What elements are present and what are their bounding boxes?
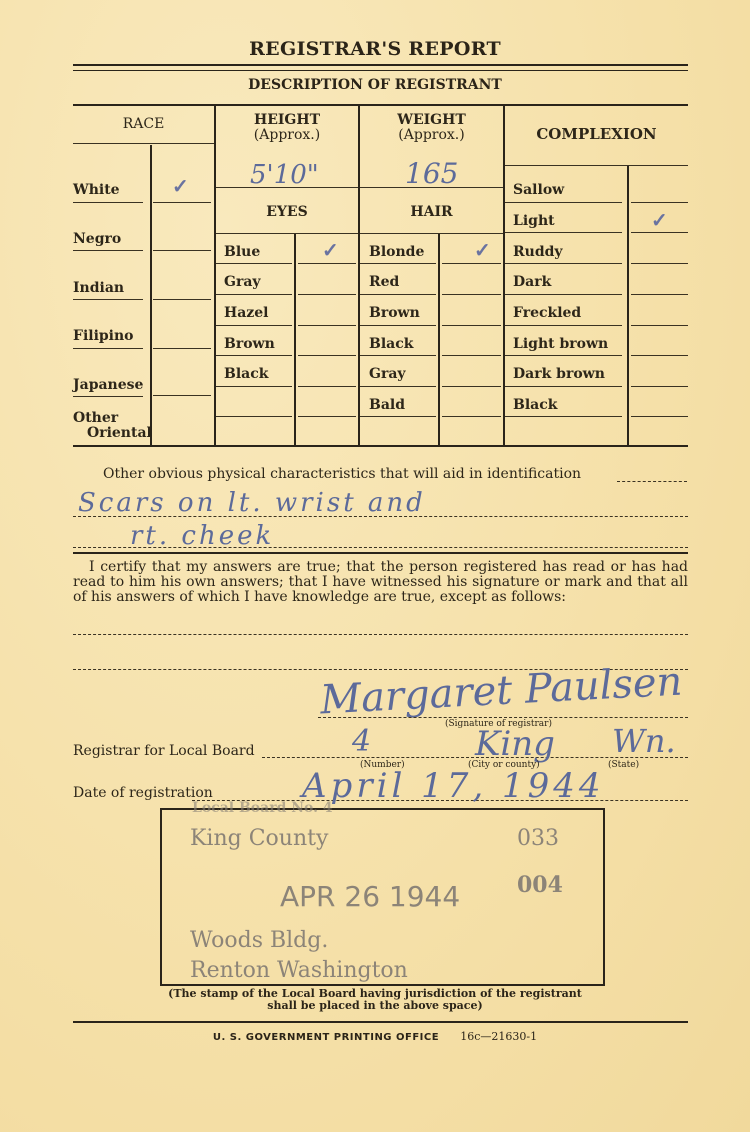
race-other-line2: Oriental <box>73 426 152 441</box>
table-bottom-border <box>73 445 688 447</box>
stamp-county: King County <box>190 826 328 851</box>
complexion-sallow-checkbox[interactable] <box>631 172 686 200</box>
eyes-black-label: Black <box>224 366 268 382</box>
complexion-sallow-label: Sallow <box>513 182 564 198</box>
row-line <box>73 202 143 203</box>
row-line <box>442 263 501 264</box>
complexion-freckled-label: Freckled <box>513 305 581 321</box>
row-line <box>442 325 501 326</box>
row-line <box>73 299 143 300</box>
local-board-number[interactable]: 4 <box>352 724 371 759</box>
dotted-line <box>617 481 687 482</box>
hair-header: HAIR <box>360 204 503 220</box>
complexion-dark-checkbox[interactable] <box>631 266 686 292</box>
hair-bald-label: Bald <box>369 397 405 413</box>
complexion-light-checkbox[interactable]: ✓ <box>651 208 668 232</box>
eyes-gray-checkbox[interactable] <box>298 266 356 292</box>
hair-black-label: Black <box>369 336 413 352</box>
row-line <box>298 355 356 356</box>
footer-divider <box>73 1021 688 1023</box>
row-line <box>216 233 358 234</box>
race-indian-label: Indian <box>73 280 124 296</box>
row-line <box>216 294 292 295</box>
hair-red-label: Red <box>369 274 399 290</box>
row-line <box>631 202 688 203</box>
race-indian-checkbox[interactable] <box>153 275 211 299</box>
stamp-board-number: Local Board No. 4 <box>192 800 333 816</box>
page-title: REGISTRAR'S REPORT <box>0 38 750 60</box>
hair-gray-label: Gray <box>369 366 406 382</box>
row-line <box>360 263 436 264</box>
title-divider-thin <box>73 70 688 71</box>
hair-blonde-checkbox[interactable]: ✓ <box>474 238 491 262</box>
row-line <box>73 143 214 144</box>
dotted-line <box>73 516 688 517</box>
row-line <box>298 416 356 417</box>
table-divider <box>438 234 440 446</box>
characteristics-label: Other obvious physical characteristics t… <box>103 467 581 482</box>
weight-subheader: (Approx.) <box>360 127 503 143</box>
race-filipino-label: Filipino <box>73 328 134 344</box>
row-line <box>631 355 688 356</box>
height-header: HEIGHT <box>216 112 358 128</box>
table-divider <box>214 105 216 446</box>
complexion-ruddy-checkbox[interactable] <box>631 236 686 262</box>
hair-black-checkbox[interactable] <box>442 328 501 354</box>
table-divider <box>150 145 152 446</box>
hair-bald-checkbox[interactable] <box>442 389 501 415</box>
row-line <box>73 250 143 251</box>
table-divider <box>358 105 360 446</box>
row-line <box>360 233 503 234</box>
stamp-caption: (The stamp of the Local Board having jur… <box>0 988 750 1012</box>
state-caption: (State) <box>608 760 639 770</box>
stamp-address1: Woods Bldg. <box>190 928 328 953</box>
row-line <box>505 416 622 417</box>
row-line <box>216 416 292 417</box>
row-line <box>153 250 211 251</box>
race-other-line1: Other <box>73 411 152 426</box>
registration-date[interactable]: April 17, 1944 <box>302 766 605 806</box>
row-line <box>360 294 436 295</box>
row-line <box>505 294 622 295</box>
row-line <box>631 263 688 264</box>
row-line <box>360 187 503 188</box>
row-line <box>298 325 356 326</box>
complexion-dark-brown-checkbox[interactable] <box>631 358 686 384</box>
table-divider <box>503 105 505 446</box>
row-line <box>442 386 501 387</box>
printer-label: U. S. GOVERNMENT PRINTING OFFICE <box>213 1032 439 1043</box>
eyes-black-checkbox[interactable] <box>298 358 356 384</box>
section-divider <box>73 552 688 554</box>
height-subheader: (Approx.) <box>216 127 358 143</box>
race-negro-label: Negro <box>73 231 121 247</box>
table-divider <box>627 166 629 446</box>
exceptions-line[interactable] <box>73 634 688 635</box>
race-japanese-label: Japanese <box>73 377 143 393</box>
race-white-label: White <box>73 182 120 198</box>
row-line <box>505 325 622 326</box>
row-line <box>216 386 292 387</box>
local-board-state[interactable]: Wn. <box>612 722 676 760</box>
complexion-dark-label: Dark <box>513 274 551 290</box>
signature-line <box>318 717 688 718</box>
row-line <box>505 232 622 233</box>
complexion-black-label: Black <box>513 397 557 413</box>
complexion-light-label: Light <box>513 213 555 229</box>
eyes-brown-checkbox[interactable] <box>298 328 356 354</box>
complexion-black-checkbox[interactable] <box>631 389 686 415</box>
stamp-caption-line2: shall be placed in the above space) <box>0 1000 750 1012</box>
eyes-gray-label: Gray <box>224 274 261 290</box>
complexion-light-brown-label: Light brown <box>513 336 608 352</box>
race-other-oriental-label: Other Oriental <box>73 411 152 441</box>
row-line <box>505 263 622 264</box>
row-line <box>360 386 436 387</box>
row-line <box>631 416 688 417</box>
date-label: Date of registration <box>73 786 213 801</box>
row-line <box>216 325 292 326</box>
form-code: 16c—21630-1 <box>460 1030 537 1043</box>
row-line <box>153 395 211 396</box>
dotted-line <box>73 547 688 548</box>
row-line <box>631 325 688 326</box>
row-line <box>153 202 211 203</box>
eyes-blue-label: Blue <box>224 244 260 260</box>
row-line <box>298 263 356 264</box>
hair-brown-label: Brown <box>369 305 420 321</box>
row-line <box>505 386 622 387</box>
stamp-date: APR 26 1944 <box>280 880 460 913</box>
footer: U. S. GOVERNMENT PRINTING OFFICE 16c—216… <box>0 1030 750 1043</box>
row-line <box>153 348 211 349</box>
row-line <box>73 348 143 349</box>
race-japanese-checkbox[interactable] <box>153 372 211 396</box>
eyes-blue-checkbox[interactable]: ✓ <box>322 238 339 262</box>
race-filipino-checkbox[interactable] <box>153 323 211 347</box>
eyes-hazel-checkbox[interactable] <box>298 297 356 323</box>
row-line <box>298 386 356 387</box>
row-line <box>631 386 688 387</box>
row-line <box>360 416 436 417</box>
row-line <box>216 355 292 356</box>
row-line <box>442 416 501 417</box>
local-board-label: Registrar for Local Board <box>73 744 255 759</box>
eyes-hazel-label: Hazel <box>224 305 268 321</box>
eyes-header: EYES <box>216 204 358 220</box>
hair-gray-checkbox[interactable] <box>442 358 501 384</box>
row-line <box>505 165 688 166</box>
row-line <box>631 294 688 295</box>
row-line <box>360 325 436 326</box>
weight-header: WEIGHT <box>360 112 503 128</box>
section-title: DESCRIPTION OF REGISTRANT <box>0 77 750 93</box>
row-line <box>505 202 622 203</box>
hair-blonde-label: Blonde <box>369 244 424 260</box>
height-value[interactable]: 5'10" <box>250 160 319 190</box>
race-white-checkbox[interactable]: ✓ <box>172 174 189 198</box>
hair-red-checkbox[interactable] <box>442 266 501 292</box>
complexion-freckled-checkbox[interactable] <box>631 297 686 323</box>
characteristics-value-line1[interactable]: Scars on lt. wrist and <box>78 488 426 518</box>
eyes-brown-label: Brown <box>224 336 275 352</box>
row-line <box>505 355 622 356</box>
complexion-dark-brown-label: Dark brown <box>513 366 605 382</box>
certification-text: I certify that my answers are true; that… <box>73 560 688 605</box>
row-line <box>442 355 501 356</box>
race-header: RACE <box>73 116 214 132</box>
row-line <box>298 294 356 295</box>
race-other-oriental-checkbox[interactable] <box>153 410 211 440</box>
row-line <box>216 263 292 264</box>
table-divider <box>294 234 296 446</box>
table-top-border <box>73 104 688 106</box>
row-line <box>73 396 143 397</box>
stamp-code2: 004 <box>517 872 563 898</box>
complexion-ruddy-label: Ruddy <box>513 244 563 260</box>
row-line <box>442 294 501 295</box>
row-line <box>153 299 211 300</box>
row-line <box>631 232 688 233</box>
weight-value[interactable]: 165 <box>405 157 458 190</box>
complexion-header: COMPLEXION <box>505 126 688 142</box>
complexion-light-brown-checkbox[interactable] <box>631 328 686 354</box>
row-line <box>216 187 358 188</box>
stamp-address2: Renton Washington <box>190 958 408 983</box>
row-line <box>360 355 436 356</box>
race-negro-checkbox[interactable] <box>153 225 211 249</box>
local-board-city[interactable]: King <box>475 724 555 764</box>
hair-brown-checkbox[interactable] <box>442 297 501 323</box>
stamp-code1: 033 <box>517 826 559 851</box>
title-divider <box>73 64 688 66</box>
